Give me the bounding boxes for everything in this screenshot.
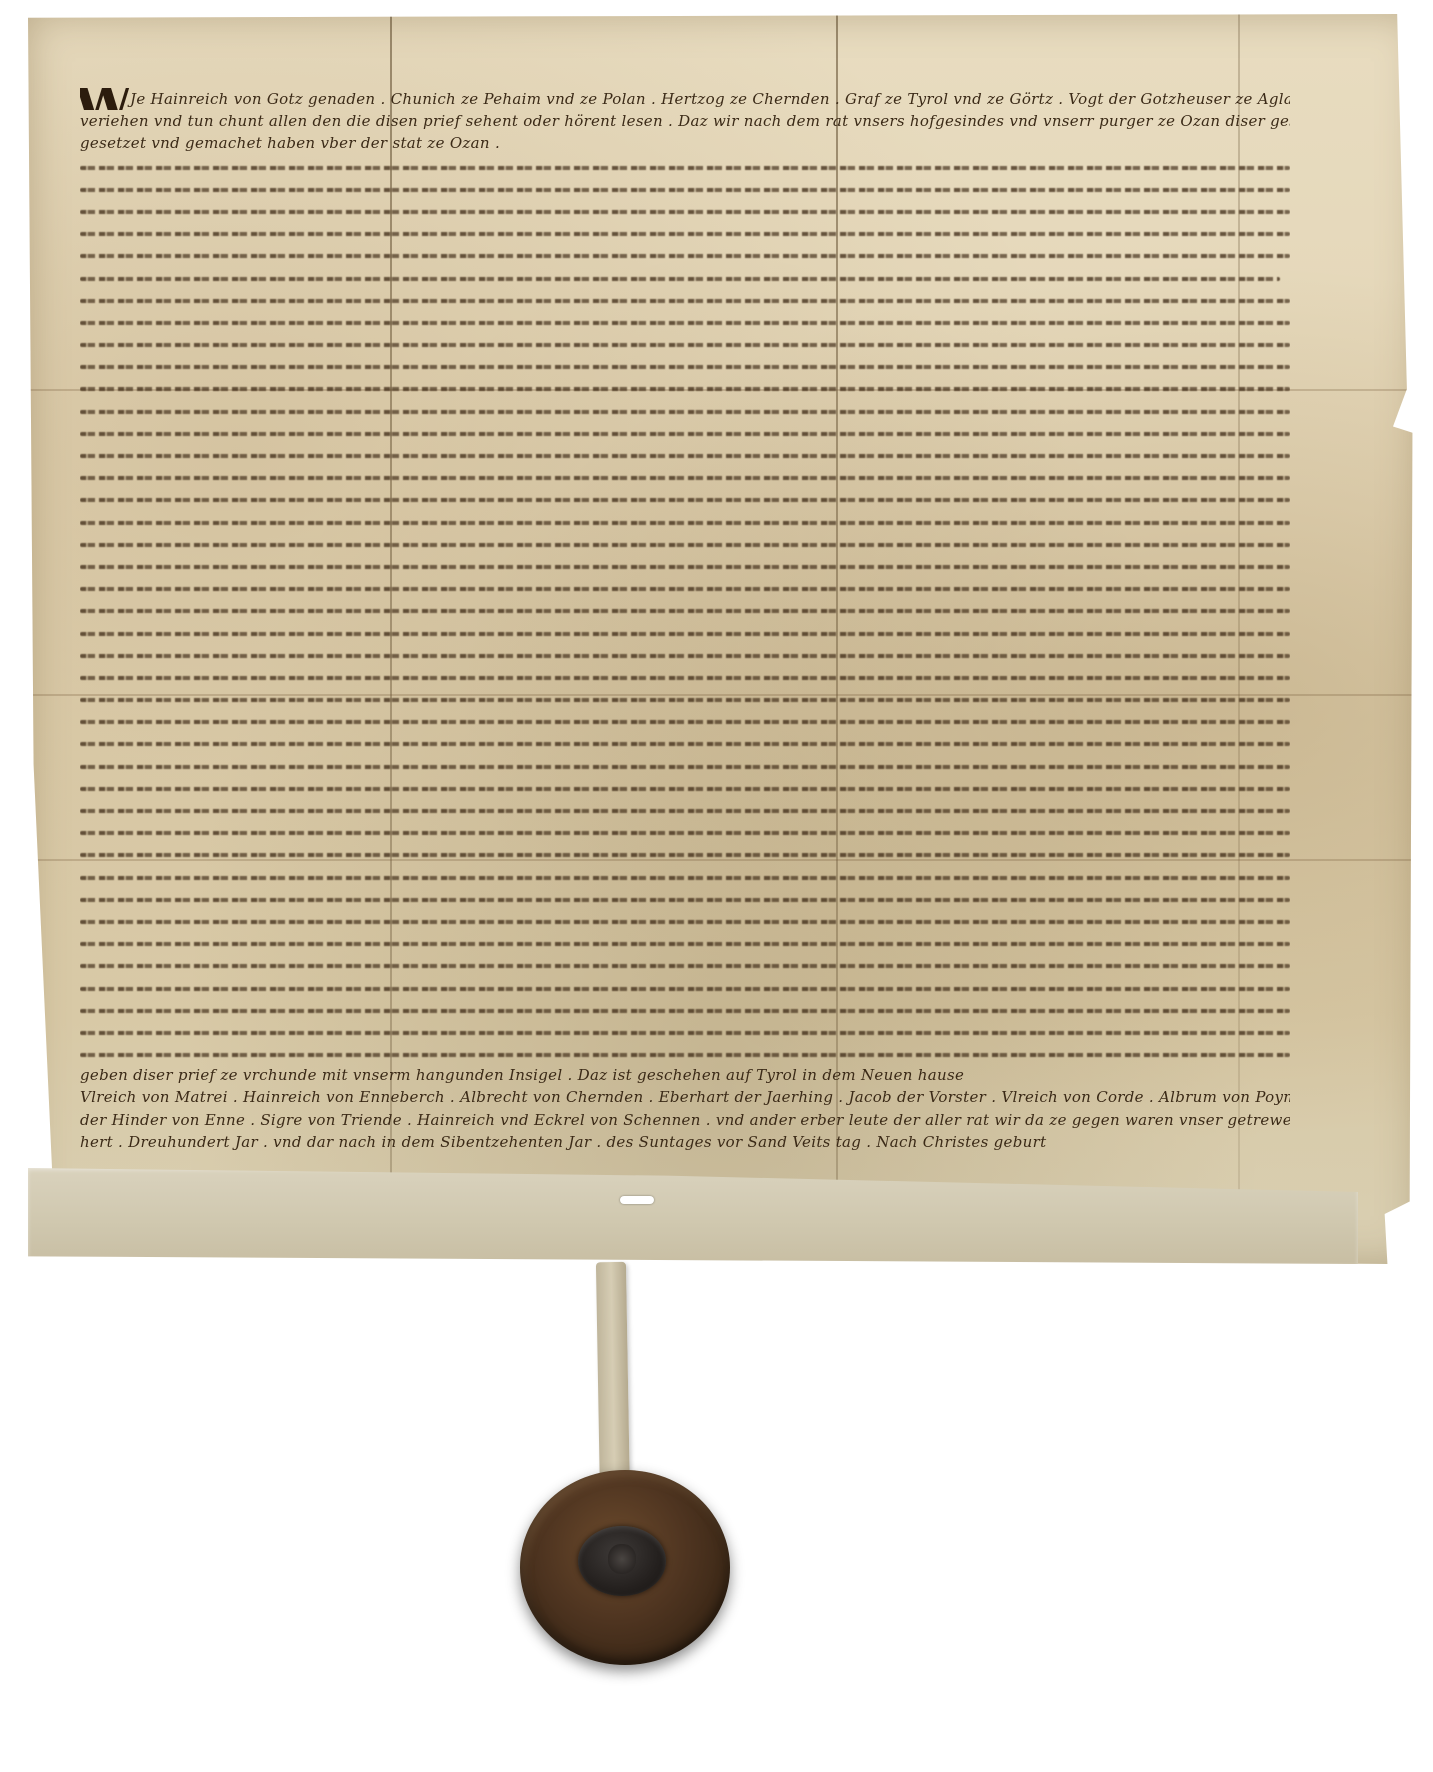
charter-line: [80, 976, 1290, 998]
charter-line: [80, 288, 1290, 310]
charter-line: WJe Hainreich von Gotz genaden . Chunich…: [80, 88, 1290, 110]
charter-line: veriehen vnd tun chunt allen den die dis…: [80, 110, 1290, 132]
charter-line: [80, 465, 1290, 487]
charter-line: [80, 953, 1290, 975]
decorated-initial: W: [80, 88, 133, 110]
charter-line: [80, 510, 1290, 532]
charter-line: [80, 266, 1290, 288]
charter-line: [80, 243, 1290, 265]
charter-line: [80, 621, 1290, 643]
charter-line-text: der Hinder von Enne . Sigre von Triende …: [80, 1111, 1290, 1129]
charter-line: [80, 354, 1290, 376]
charter-line: geben diser prief ze vrchunde mit vnserm…: [80, 1064, 1290, 1086]
charter-line: [80, 665, 1290, 687]
charter-line: [80, 554, 1290, 576]
charter-line-text: Vlreich von Matrei . Hainreich von Enneb…: [80, 1088, 1290, 1106]
charter-line: [80, 1020, 1290, 1042]
charter-text-block: WJe Hainreich von Gotz genaden . Chunich…: [80, 88, 1290, 1153]
charter-line: [80, 998, 1290, 1020]
charter-line: [80, 221, 1290, 243]
seal-tag-strip: [596, 1262, 630, 1502]
charter-line: [80, 598, 1290, 620]
charter-line: hert . Dreuhundert Jar . vnd dar nach in…: [80, 1131, 1290, 1153]
charter-line-text: geben diser prief ze vrchunde mit vnserm…: [80, 1066, 964, 1084]
charter-line: [80, 865, 1290, 887]
seal-impression: [578, 1526, 666, 1596]
charter-line: [80, 798, 1290, 820]
charter-line: [80, 576, 1290, 598]
charter-line: [80, 421, 1290, 443]
charter-line: [80, 532, 1290, 554]
charter-line-text: gesetzet vnd gemachet haben vber der sta…: [80, 134, 500, 152]
charter-line-text: veriehen vnd tun chunt allen den die dis…: [80, 112, 1290, 130]
charter-line-text: hert . Dreuhundert Jar . vnd dar nach in…: [80, 1133, 1046, 1151]
charter-line: [80, 487, 1290, 509]
charter-line: [80, 842, 1290, 864]
charter-line: [80, 310, 1290, 332]
charter-line: der Hinder von Enne . Sigre von Triende …: [80, 1109, 1290, 1131]
wax-seal: [520, 1470, 730, 1665]
charter-line: [80, 887, 1290, 909]
charter-line: [80, 931, 1290, 953]
charter-line: [80, 1042, 1290, 1064]
charter-line-text: Je Hainreich von Gotz genaden . Chunich …: [130, 90, 1290, 108]
charter-line: [80, 443, 1290, 465]
charter-line: [80, 731, 1290, 753]
charter-line: [80, 709, 1290, 731]
charter-line: [80, 399, 1290, 421]
charter-line: [80, 687, 1290, 709]
charter-line: [80, 909, 1290, 931]
charter-line: [80, 177, 1290, 199]
charter-line: [80, 199, 1290, 221]
charter-line: Vlreich von Matrei . Hainreich von Enneb…: [80, 1086, 1290, 1108]
charter-line: gesetzet vnd gemachet haben vber der sta…: [80, 132, 1290, 154]
charter-line: [80, 776, 1290, 798]
charter-line: [80, 820, 1290, 842]
charter-line: [80, 643, 1290, 665]
charter-line: [80, 155, 1290, 177]
seal-tag-slit: [620, 1196, 654, 1204]
seal-figure-icon: [608, 1544, 636, 1574]
charter-line: [80, 332, 1290, 354]
charter-line: [80, 376, 1290, 398]
charter-line: [80, 754, 1290, 776]
